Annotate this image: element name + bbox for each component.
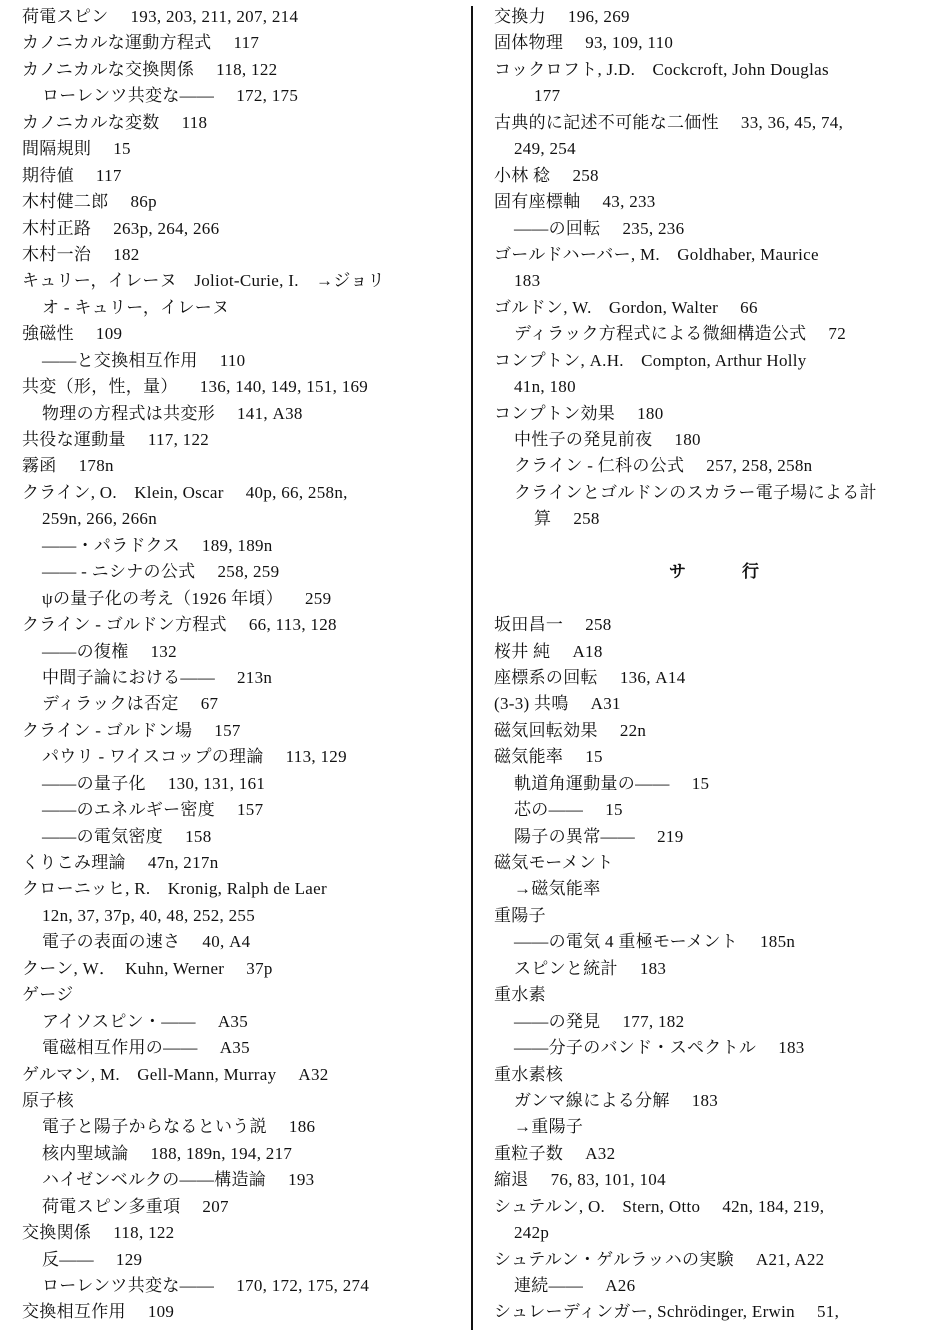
blank-line [494,533,934,559]
index-term: 桜井 純 [494,642,550,661]
page-references: 118 [182,113,208,132]
page-references: 189, 189n [202,536,273,555]
index-entry: シュテルン・ゲルラッハの実験A21, A22 [494,1247,934,1273]
page-references: 42n, 184, 219, [722,1197,824,1216]
index-entry: 木村正路263p, 264, 266 [22,216,462,242]
index-entry: 坂田昌一258 [494,612,934,638]
index-subentry: 軌道角運動量の――15 [494,771,934,797]
index-entry: 交換相互作用109 [22,1299,462,1325]
index-entry: 重水素 [494,982,934,1008]
index-entry: 古典的に記述不可能な二価性33, 36, 45, 74, [494,110,934,136]
page-references: 130, 131, 161 [168,774,265,793]
index-entry: 固体物理93, 109, 110 [494,30,934,56]
index-subentry: ――の電気 4 重極モーメント185n [494,929,934,955]
page-references: 22n [620,721,646,740]
index-subentry: ――と交換相互作用110 [22,348,462,374]
index-term: クーン, W． Kuhn, Werner [22,959,224,978]
page-references: A32 [585,1144,615,1163]
index-subentry: ディラックは否定67 [22,691,462,717]
index-entry: 間隔規則15 [22,136,462,162]
blank-line [494,586,934,612]
page-references: 141, A38 [237,404,303,423]
index-continuation: 183 [494,268,934,294]
index-subentry: 電子の表面の速さ40, A4 [22,929,462,955]
index-term: 交換力 [494,7,546,26]
index-subentry: ―― - ニシナの公式258, 259 [22,559,462,585]
index-term: コックロフト, J.D. Cockcroft, John Douglas [494,60,829,79]
index-entry: ゴルドン, W. Gordon, Walter66 [494,295,934,321]
index-column-left: 荷電スピン193, 203, 211, 207, 214カノニカルな運動方程式1… [22,4,462,1326]
index-entry: 磁気モーメント [494,850,934,876]
index-continuation: 249, 254 [494,136,934,162]
index-term: パウリ - ワイスコップの理論 [42,747,264,766]
page-references: 186 [289,1117,315,1136]
index-term: 中間子論における―― [42,668,215,687]
index-subentry: クラインとゴルドンのスカラー電子場による計 [494,480,934,506]
page-references: 258 [573,509,599,528]
index-entry: クローニッヒ, R. Kronig, Ralph de Laer [22,876,462,902]
index-term: 183 [514,271,540,290]
page-references: 72 [828,324,846,343]
index-term: 原子核 [22,1091,74,1110]
index-subentry: ――の発見177, 182 [494,1009,934,1035]
index-entry: 期待値117 [22,163,462,189]
page-references: 259 [305,589,331,608]
index-term: 重水素 [494,985,546,1004]
page-references: 219 [657,827,683,846]
index-term: 反―― [42,1250,94,1269]
index-term: ――の電気密度 [42,827,163,846]
index-term: 共変（形，性，量） [22,377,178,396]
index-term: 木村一治 [22,245,91,264]
index-subentry: 物理の方程式は共変形141, A38 [22,401,462,427]
index-term: 荷電スピン多重項 [42,1197,180,1216]
page-references: 67 [201,694,219,713]
index-entry: 座標系の回転136, A14 [494,665,934,691]
index-term: 電磁相互作用の―― [42,1038,198,1057]
index-subentry: ガンマ線による分解183 [494,1088,934,1114]
page-references: 180 [637,404,663,423]
index-entry: 縮退76, 83, 101, 104 [494,1167,934,1193]
index-term: ――・パラドクス [42,536,180,555]
index-entry: 木村健二郎86p [22,189,462,215]
index-term: 重陽子 [494,906,546,925]
index-entry: 強磁性109 [22,321,462,347]
index-subentry: ――のエネルギー密度157 [22,797,462,823]
page-references: 15 [692,774,710,793]
index-term: 芯の―― [514,800,583,819]
page-references: 43, 233 [603,192,656,211]
index-term: 177 [534,86,560,105]
page-references: 47n, 217n [148,853,219,872]
page-references: A35 [218,1012,248,1031]
index-subentry: 連続――A26 [494,1273,934,1299]
index-term: カノニカルな交換関係 [22,60,194,79]
index-term: コンプトン, A.H. Compton, Arthur Holly [494,351,807,370]
page-references: 15 [585,747,603,766]
index-entry: カノニカルな変数118 [22,110,462,136]
page-references: 235, 236 [623,219,685,238]
page-references: 129 [116,1250,142,1269]
page-references: 109 [96,324,122,343]
index-term: 固体物理 [494,33,563,52]
page-references: 51, [817,1302,839,1321]
index-term: 物理の方程式は共変形 [42,404,215,423]
index-entry: コンプトン効果180 [494,401,934,427]
index-entry: カノニカルな運動方程式117 [22,30,462,56]
index-term: 荷電スピン [22,7,109,26]
index-entry: 桜井 純A18 [494,639,934,665]
index-term: ――の復権 [42,642,129,661]
index-term: →磁気能率 [514,879,601,898]
index-entry: 交換関係118, 122 [22,1220,462,1246]
index-entry: 霧函178n [22,453,462,479]
index-term: ――の回転 [514,219,601,238]
index-entry: 荷電スピン193, 203, 211, 207, 214 [22,4,462,30]
index-entry: 交換力196, 269 [494,4,934,30]
index-term: ゴルドン, W. Gordon, Walter [494,298,718,317]
section-header: サ行 [494,559,934,585]
index-subentry: ディラック方程式による微細構造公式72 [494,321,934,347]
index-term: ψの量子化の考え（1926 年頃） [42,589,283,608]
index-entry: 木村一治182 [22,242,462,268]
index-subentry: →重陽子 [494,1114,934,1140]
section-kana: サ [669,562,686,581]
page-references: 258 [572,166,598,185]
page-references: 257, 258, 258n [706,456,812,475]
page-references: 183 [692,1091,718,1110]
page-references: 117, 122 [148,430,209,449]
page-references: 185n [760,932,795,951]
index-term: 古典的に記述不可能な二価性 [494,113,719,132]
index-term: ――の発見 [514,1012,601,1031]
page-references: 258 [585,615,611,634]
index-column-right: 交換力196, 269固体物理93, 109, 110コックロフト, J.D. … [494,4,934,1326]
index-term: 259n, 266, 266n [42,509,157,528]
index-subentry: 中性子の発見前夜180 [494,427,934,453]
index-term: 木村健二郎 [22,192,109,211]
index-term: ディラック方程式による微細構造公式 [514,324,806,343]
page-references: A32 [298,1065,328,1084]
index-term: ハイゼンベルクの――構造論 [42,1170,266,1189]
index-entry: シュテルン, O. Stern, Otto42n, 184, 219, [494,1194,934,1220]
index-continuation: オ - キュリー，イレーヌ [22,295,462,321]
page-references: 109 [148,1302,174,1321]
index-entry: (3-3) 共鳴A31 [494,691,934,717]
index-subentry: 電子と陽子からなるという説186 [22,1114,462,1140]
index-term: 核内聖域論 [42,1144,129,1163]
index-entry: シュレーディンガー, Schrödinger, Erwin51, [494,1299,934,1325]
page-references: 76, 83, 101, 104 [551,1170,666,1189]
index-term: 強磁性 [22,324,74,343]
index-term: 電子と陽子からなるという説 [42,1117,267,1136]
index-entry: 重粒子数A32 [494,1141,934,1167]
index-term: →重陽子 [514,1117,583,1136]
index-subentry: 陽子の異常――219 [494,824,934,850]
page-references: 118, 122 [216,60,277,79]
index-term: クローニッヒ, R. Kronig, Ralph de Laer [22,879,327,898]
index-term: 木村正路 [22,219,91,238]
index-term: (3-3) 共鳴 [494,694,569,713]
index-term: ――のエネルギー密度 [42,800,215,819]
index-term: 12n, 37, 37p, 40, 48, 252, 255 [42,906,255,925]
index-term: クラインとゴルドンのスカラー電子場による計 [514,483,877,502]
index-term: 連続―― [514,1276,583,1295]
page-references: 170, 172, 175, 274 [236,1276,369,1295]
page-references: A18 [572,642,602,661]
index-term: 249, 254 [514,139,576,158]
page-references: 113, 129 [286,747,347,766]
page-references: 213n [237,668,272,687]
index-term: 期待値 [22,166,74,185]
index-subentry: ハイゼンベルクの――構造論193 [22,1167,462,1193]
index-term: 交換関係 [22,1223,91,1242]
page-references: 93, 109, 110 [585,33,673,52]
index-subentry: ローレンツ共変な――172, 175 [22,83,462,109]
page-references: 40, A4 [202,932,250,951]
index-term: オ - キュリー，イレーヌ [42,298,229,317]
index-subentry: 核内聖域論188, 189n, 194, 217 [22,1141,462,1167]
index-entry: 磁気能率15 [494,744,934,770]
index-subentry: ――の復権132 [22,639,462,665]
index-term: ゲルマン, M. Gell-Mann, Murray [22,1065,276,1084]
index-subentry: クライン - 仁科の公式257, 258, 258n [494,453,934,479]
index-entry: クライン - ゴルドン方程式66, 113, 128 [22,612,462,638]
index-continuation: 算258 [494,506,934,532]
index-subentry: ――の電気密度158 [22,824,462,850]
index-term: ローレンツ共変な―― [42,1276,214,1295]
index-term: 霧函 [22,456,57,475]
index-entry: ゲルマン, M. Gell-Mann, MurrayA32 [22,1062,462,1088]
index-term: クライン - ゴルドン場 [22,721,192,740]
index-term: ――の量子化 [42,774,146,793]
index-term: 交換相互作用 [22,1302,126,1321]
index-term: 小林 稔 [494,166,550,185]
page-references: 193, 203, 211, 207, 214 [131,7,299,26]
index-subentry: ――・パラドクス189, 189n [22,533,462,559]
index-entry: コックロフト, J.D. Cockcroft, John Douglas [494,57,934,83]
index-term: クライン - ゴルドン方程式 [22,615,227,634]
index-subentry: 反――129 [22,1247,462,1273]
index-subentry: ローレンツ共変な――170, 172, 175, 274 [22,1273,462,1299]
index-subentry: ――の量子化130, 131, 161 [22,771,462,797]
page-references: 66 [740,298,758,317]
page-references: 110 [220,351,246,370]
index-term: スピンと統計 [514,959,618,978]
index-term: 縮退 [494,1170,529,1189]
index-term: シュレーディンガー, Schrödinger, Erwin [494,1302,795,1321]
index-term: ――の電気 4 重極モーメント [514,932,738,951]
index-term: ――と交換相互作用 [42,351,198,370]
index-term: 電子の表面の速さ [42,932,180,951]
page-references: 177, 182 [623,1012,685,1031]
index-term: 242p [514,1223,549,1242]
page-references: 183 [640,959,666,978]
index-entry: 原子核 [22,1088,462,1114]
index-entry: くりこみ理論47n, 217n [22,850,462,876]
index-term: 中性子の発見前夜 [514,430,652,449]
index-term: シュテルン, O. Stern, Otto [494,1197,700,1216]
page-references: 66, 113, 128 [249,615,337,634]
index-term: 41n, 180 [514,377,576,396]
index-entry: 重陽子 [494,903,934,929]
index-entry: カノニカルな交換関係118, 122 [22,57,462,83]
page-references: A35 [220,1038,250,1057]
index-term: カノニカルな変数 [22,113,160,132]
index-subentry: ψの量子化の考え（1926 年頃）259 [22,586,462,612]
index-subentry: スピンと統計183 [494,956,934,982]
index-term: くりこみ理論 [22,853,126,872]
column-divider [471,6,473,1330]
index-entry: クライン, O. Klein, Oscar40p, 66, 258n, [22,480,462,506]
index-term: 共役な運動量 [22,430,126,449]
page-references: 172, 175 [236,86,298,105]
index-entry: クライン - ゴルドン場157 [22,718,462,744]
page-references: 33, 36, 45, 74, [741,113,843,132]
page-references: 118, 122 [113,1223,174,1242]
page-references: 15 [605,800,623,819]
index-entry: 重水素核 [494,1062,934,1088]
page-references: A26 [605,1276,635,1295]
page-references: 183 [778,1038,804,1057]
page-references: 196, 269 [568,7,630,26]
index-continuation: 242p [494,1220,934,1246]
index-entry: 固有座標軸43, 233 [494,189,934,215]
index-term: 軌道角運動量の―― [514,774,670,793]
page-references: A21, A22 [756,1250,825,1269]
index-term: カノニカルな運動方程式 [22,33,211,52]
index-term: 固有座標軸 [494,192,581,211]
index-term: 陽子の異常―― [514,827,635,846]
index-term: ゲージ [22,985,74,1004]
index-continuation: 12n, 37, 37p, 40, 48, 252, 255 [22,903,462,929]
page-references: 258, 259 [217,562,279,581]
page-references: 182 [113,245,139,264]
page-references: 180 [674,430,700,449]
index-subentry: 芯の――15 [494,797,934,823]
index-term: シュテルン・ゲルラッハの実験 [494,1250,734,1269]
index-entry: キュリー，イレーヌ Joliot-Curie, I. →ジョリ [22,268,462,294]
index-entry: 共変（形，性，量）136, 140, 149, 151, 169 [22,374,462,400]
page-references: 188, 189n, 194, 217 [151,1144,293,1163]
index-term: ――分子のバンド・スペクトル [514,1038,756,1057]
index-term: ―― - ニシナの公式 [42,562,195,581]
page-references: 207 [202,1197,228,1216]
index-term: コンプトン効果 [494,404,615,423]
index-term: ローレンツ共変な―― [42,86,214,105]
index-term: 重粒子数 [494,1144,563,1163]
index-term: キュリー，イレーヌ Joliot-Curie, I. →ジョリ [22,271,385,290]
index-subentry: ――分子のバンド・スペクトル183 [494,1035,934,1061]
index-term: 磁気回転効果 [494,721,598,740]
index-continuation: 259n, 266, 266n [22,506,462,532]
page-references: 86p [131,192,157,211]
index-term: クライン, O. Klein, Oscar [22,483,224,502]
index-term: 算 [534,509,551,528]
page-references: 117 [233,33,259,52]
index-term: 磁気モーメント [494,853,614,872]
index-term: ゴールドハーバー, M. Goldhaber, Maurice [494,245,819,264]
index-term: ガンマ線による分解 [514,1091,670,1110]
index-term: 磁気能率 [494,747,563,766]
index-term: クライン - 仁科の公式 [514,456,684,475]
index-continuation: 177 [494,83,934,109]
index-term: 間隔規則 [22,139,91,158]
page-references: 136, 140, 149, 151, 169 [200,377,368,396]
page-references: 178n [79,456,114,475]
index-subentry: 中間子論における――213n [22,665,462,691]
index-term: 坂田昌一 [494,615,563,634]
index-subentry: 電磁相互作用の――A35 [22,1035,462,1061]
index-entry: 磁気回転効果22n [494,718,934,744]
index-entry: 共役な運動量117, 122 [22,427,462,453]
index-subentry: ――の回転235, 236 [494,216,934,242]
index-subentry: 荷電スピン多重項207 [22,1194,462,1220]
index-term: ディラックは否定 [42,694,179,713]
index-entry: ゴールドハーバー, M. Goldhaber, Maurice [494,242,934,268]
index-continuation: 41n, 180 [494,374,934,400]
page-references: 15 [113,139,131,158]
page-references: 157 [214,721,240,740]
page-references: 193 [288,1170,314,1189]
page-references: 157 [237,800,263,819]
page-references: 136, A14 [620,668,686,687]
page-references: 158 [185,827,211,846]
page-references: 132 [151,642,177,661]
index-entry: クーン, W． Kuhn, Werner37p [22,956,462,982]
index-entry: ゲージ [22,982,462,1008]
index-entry: コンプトン, A.H. Compton, Arthur Holly [494,348,934,374]
index-entry: 小林 稔258 [494,163,934,189]
index-term: アイソスピン・―― [42,1012,196,1031]
section-suffix: 行 [742,562,759,581]
page-references: 40p, 66, 258n, [246,483,348,502]
page-references: 263p, 264, 266 [113,219,219,238]
page-references: 37p [246,959,272,978]
index-subentry: パウリ - ワイスコップの理論113, 129 [22,744,462,770]
index-subentry: →磁気能率 [494,876,934,902]
index-term: 重水素核 [494,1065,563,1084]
index-subentry: アイソスピン・――A35 [22,1009,462,1035]
page-references: A31 [591,694,621,713]
index-term: 座標系の回転 [494,668,598,687]
page-references: 117 [96,166,122,185]
